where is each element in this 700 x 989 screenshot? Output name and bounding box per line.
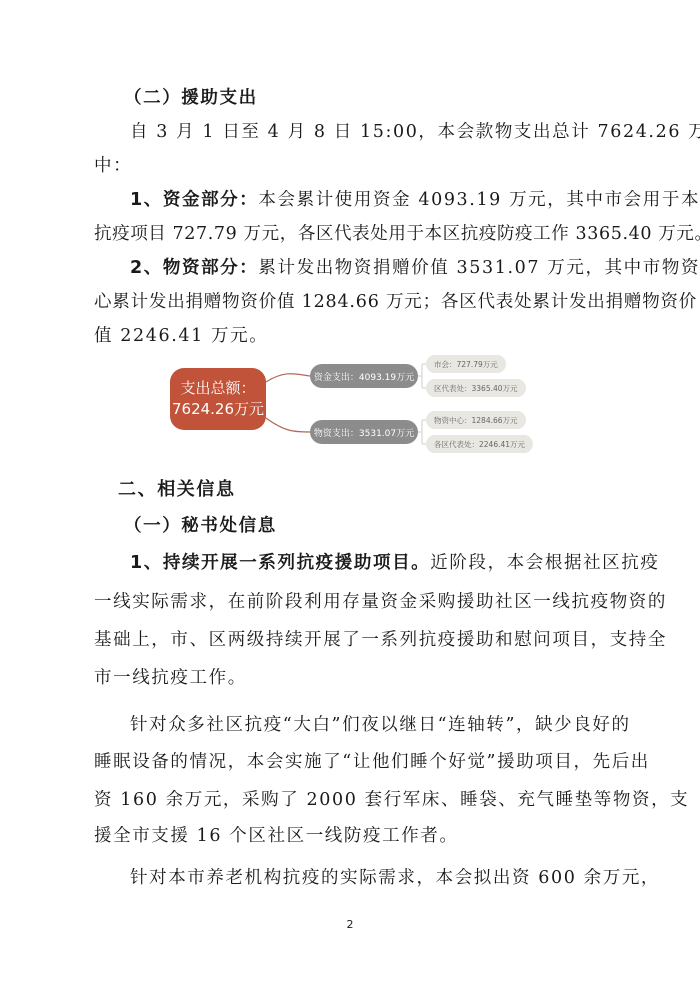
section-heading-aid-expenditure: （二）援助支出 <box>124 86 644 110</box>
document-page: （二）援助支出 自 3 月 1 日至 4 月 8 日 15:00，本会款物支出总… <box>0 0 700 989</box>
para2-line-3: 资 160 余万元，采购了 2000 套行军床、睡袋、充气睡垫等物资，支 <box>94 788 614 812</box>
page-number: 2 <box>0 918 700 931</box>
para3-line-1: 针对本市养老机构抗疫的实际需求，本会拟出资 600 余万元， <box>94 866 614 890</box>
item1-line1-text: 近阶段，本会根据社区抗疫 <box>430 553 659 573</box>
subheading-secretariat-info: （一）秘书处信息 <box>124 514 644 538</box>
funds-paragraph-line-2: 抗疫项目 727.79 万元，各区代表处用于本区抗疫防疫工作 3365.40 万… <box>94 222 614 246</box>
leaf-city-association: 市会：727.79万元 <box>426 355 506 373</box>
expenditure-mindmap: 支出总额： 7624.26万元 资金支出：4093.19万元 物资支出：3531… <box>160 352 540 460</box>
intro-line-2: 中： <box>94 154 614 178</box>
mindmap-root-node: 支出总额： 7624.26万元 <box>170 368 266 430</box>
section-heading-related-info: 二、相关信息 <box>118 478 638 502</box>
item1-label: 1、持续开展一系列抗疫援助项目。 <box>130 553 430 573</box>
branch-materials-node: 物资支出：3531.07万元 <box>310 420 418 444</box>
leaf-district-offices-materials: 各区代表处：2246.41万元 <box>426 435 533 453</box>
intro-line-1: 自 3 月 1 日至 4 月 8 日 15:00，本会款物支出总计 7624.2… <box>94 120 614 144</box>
materials-paragraph-line-2: 心累计发出捐赠物资价值 1284.66 万元；各区代表处累计发出捐赠物资价 <box>94 290 614 314</box>
para2-line-2: 睡眠设备的情况，本会实施了“让他们睡个好觉”援助项目，先后出 <box>94 750 614 774</box>
item1-line-2: 一线实际需求，在前阶段利用存量资金采购援助社区一线抗疫物资的 <box>94 590 614 614</box>
branch-funds-node: 资金支出：4093.19万元 <box>310 364 418 388</box>
leaf-district-offices-funds: 区代表处：3365.40万元 <box>426 379 526 397</box>
funds-label: 1、资金部分： <box>130 190 258 210</box>
materials-paragraph-line-1: 2、物资部分：累计发出物资捐赠价值 3531.07 万元，其中市物资中 <box>94 256 614 280</box>
root-total: 7624.26万元 <box>172 399 264 420</box>
item1-line-3: 基础上，市、区两级持续开展了一系列抗疫援助和慰问项目，支持全 <box>94 628 614 652</box>
materials-label: 2、物资部分： <box>130 258 258 278</box>
item1-line-1: 1、持续开展一系列抗疫援助项目。近阶段，本会根据社区抗疫 <box>94 551 614 575</box>
funds-line1-text: 本会累计使用资金 4093.19 万元，其中市会用于本市 <box>258 190 700 210</box>
para2-line-1: 针对众多社区抗疫“大白”们夜以继日“连轴转”，缺少良好的 <box>94 713 614 737</box>
root-title: 支出总额： <box>180 378 255 399</box>
funds-paragraph-line-1: 1、资金部分：本会累计使用资金 4093.19 万元，其中市会用于本市 <box>94 188 614 212</box>
materials-paragraph-line-3: 值 2246.41 万元。 <box>94 324 614 348</box>
para2-line-4: 援全市支援 16 个区社区一线防疫工作者。 <box>94 824 614 848</box>
leaf-materials-center: 物资中心：1284.66万元 <box>426 411 526 429</box>
materials-line1-text: 累计发出物资捐赠价值 3531.07 万元，其中市物资中 <box>258 258 700 278</box>
item1-line-4: 市一线抗疫工作。 <box>94 666 614 690</box>
